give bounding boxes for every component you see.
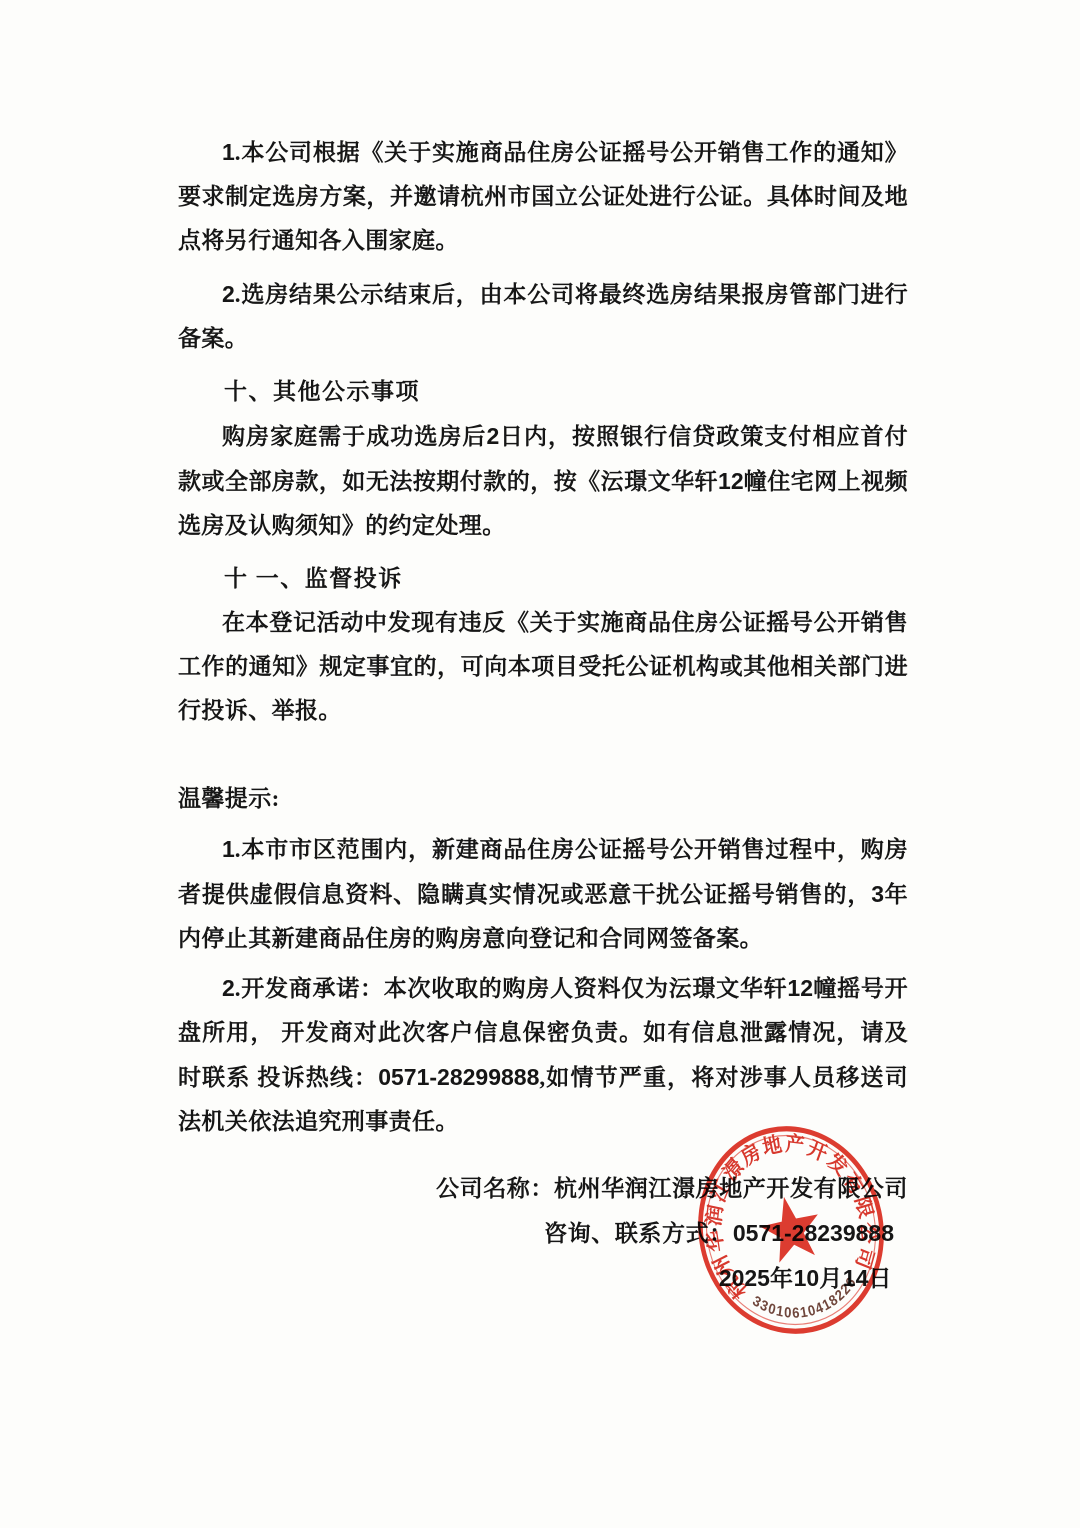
- numeric-text: 2: [486, 423, 499, 449]
- body-paragraph: 购房家庭需于成功选房后2日内，按照银行信贷政策支付相应首付款或全部房款，如无法按…: [178, 414, 908, 548]
- tips-paragraph: 1.本市市区范围内，新建商品住房公证摇号公开销售过程中，购房者提供虚假信息资料、…: [178, 827, 908, 961]
- body-paragraph: 在本登记活动中发现有违反《关于实施商品住房公证摇号公开销售工作的通知》规定事宜的…: [178, 601, 908, 733]
- signature-company-line: 公司名称：杭州华润江澋房地产开发有限公司: [178, 1166, 908, 1211]
- numeric-text: 2025: [719, 1265, 770, 1291]
- section-heading: 十、其他公示事项: [178, 370, 908, 414]
- numeric-text: 10: [794, 1265, 820, 1291]
- numeric-text: 3: [871, 881, 884, 907]
- numeric-text: 2: [222, 975, 235, 1001]
- numeric-text: 12: [718, 468, 744, 494]
- numeric-text: 2: [222, 281, 235, 307]
- numeric-text: 1: [222, 139, 235, 165]
- signature-block: 公司名称：杭州华润江澋房地产开发有限公司 咨询、联系方式：0571-282398…: [178, 1166, 908, 1301]
- section-heading: 十 一、监督投诉: [178, 557, 908, 601]
- numeric-text: 12: [787, 975, 813, 1001]
- tips-paragraph: 2.开发商承诺：本次收取的购房人资料仅为沄璟文华轩12幢摇号开盘所用， 开发商对…: [178, 966, 908, 1144]
- numeric-text: 0571-28239888: [733, 1220, 894, 1246]
- scanned-notice-page: 1.本公司根据《关于实施商品住房公证摇号公开销售工作的通知》要求制定选房方案，并…: [0, 0, 1080, 1528]
- document-body: 1.本公司根据《关于实施商品住房公证摇号公开销售工作的通知》要求制定选房方案，并…: [178, 130, 908, 1149]
- signature-contact-line: 咨询、联系方式：0571-28239888: [178, 1211, 908, 1256]
- numeric-text: 14: [843, 1265, 869, 1291]
- numeric-text: 0571-28299888: [378, 1064, 539, 1090]
- tips-label: 温馨提示:: [178, 777, 908, 821]
- numeric-text: 1: [222, 836, 235, 862]
- signature-date-line: 2025年10月14日: [178, 1256, 908, 1301]
- body-paragraph: 1.本公司根据《关于实施商品住房公证摇号公开销售工作的通知》要求制定选房方案，并…: [178, 130, 908, 263]
- body-paragraph: 2.选房结果公示结束后，由本公司将最终选房结果报房管部门进行备案。: [178, 272, 908, 361]
